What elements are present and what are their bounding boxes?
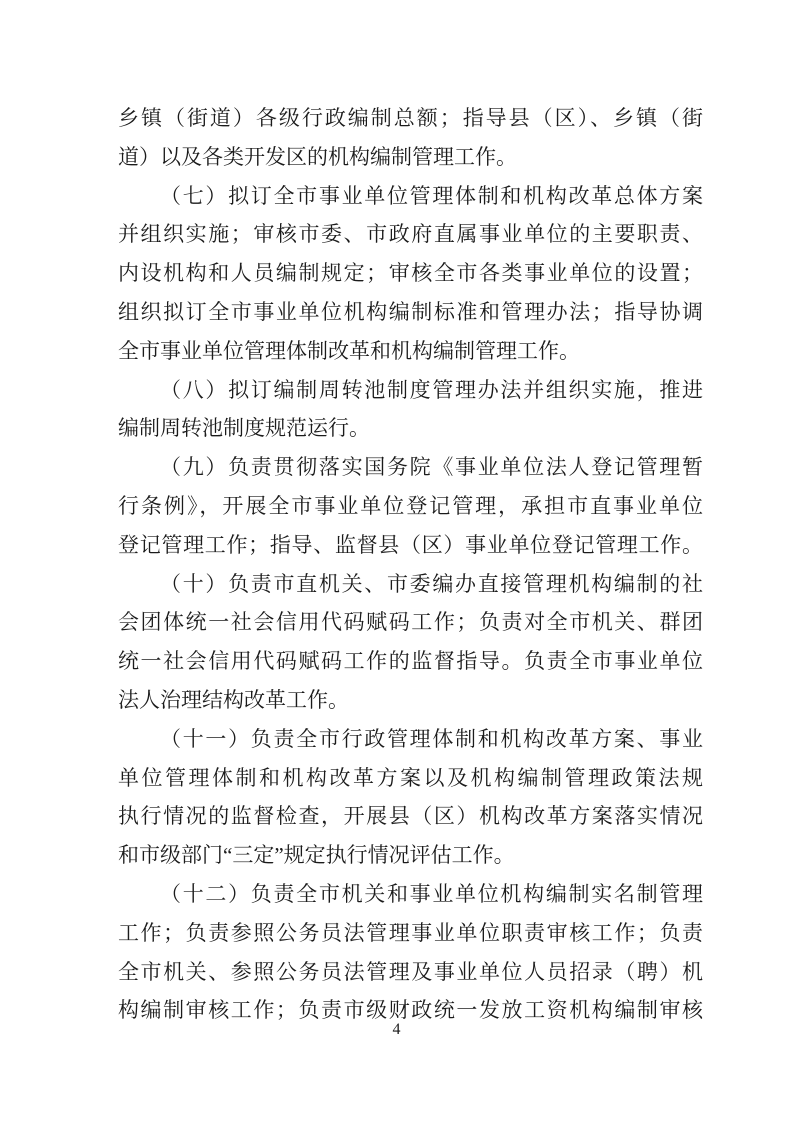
text-line: 执行情况的监督检查，开展县（区）机构改革方案落实情况 [118,797,703,836]
text-line: 统一社会信用代码赋码工作的监督指导。负责全市事业单位 [118,642,703,681]
text-line: （十）负责市直机关、市委编办直接管理机构编制的社 [118,565,703,604]
text-line: 行条例》，开展全市事业单位登记管理，承担市直事业单位 [118,487,703,526]
text-line: （九）负责贯彻落实国务院《事业单位法人登记管理暂 [118,448,703,487]
text-line: 全市事业单位管理体制改革和机构编制管理工作。 [118,332,703,371]
text-line: 和市级部门“三定”规定执行情况评估工作。 [118,836,703,875]
paragraph-item-9: （九）负责贯彻落实国务院《事业单位法人登记管理暂行条例》，开展全市事业单位登记管… [118,448,703,564]
text-line: （八）拟订编制周转池制度管理办法并组织实施，推进 [118,371,703,410]
text-line: 登记管理工作；指导、监督县（区）事业单位登记管理工作。 [118,526,703,565]
text-line: 工作；负责参照公务员法管理事业单位职责审核工作；负责 [118,914,703,953]
text-line: 编制周转池制度规范运行。 [118,409,703,448]
paragraph-continued-from-previous-page: 乡镇（街道）各级行政编制总额；指导县（区）、乡镇（街道）以及各类开发区的机构编制… [118,99,703,177]
text-line: 全市机关、参照公务员法管理及事业单位人员招录（聘）机 [118,953,703,992]
text-line: 并组织实施；审核市委、市政府直属事业单位的主要职责、 [118,215,703,254]
document-page: 乡镇（街道）各级行政编制总额；指导县（区）、乡镇（街道）以及各类开发区的机构编制… [0,0,793,1122]
text-line: 法人治理结构改革工作。 [118,681,703,720]
paragraph-item-12: （十二）负责全市机关和事业单位机构编制实名制管理工作；负责参照公务员法管理事业单… [118,875,703,1030]
page-number: 4 [0,1020,793,1040]
text-line: （十二）负责全市机关和事业单位机构编制实名制管理 [118,875,703,914]
text-line: 单位管理体制和机构改革方案以及机构编制管理政策法规 [118,759,703,798]
paragraph-item-10: （十）负责市直机关、市委编办直接管理机构编制的社会团体统一社会信用代码赋码工作；… [118,565,703,720]
text-line: 道）以及各类开发区的机构编制管理工作。 [118,138,703,177]
text-line: （十一）负责全市行政管理体制和机构改革方案、事业 [118,720,703,759]
paragraph-item-8: （八）拟订编制周转池制度管理办法并组织实施，推进编制周转池制度规范运行。 [118,371,703,449]
text-line: 会团体统一社会信用代码赋码工作；负责对全市机关、群团 [118,603,703,642]
paragraph-item-7: （七）拟订全市事业单位管理体制和机构改革总体方案并组织实施；审核市委、市政府直属… [118,177,703,371]
text-line: （七）拟订全市事业单位管理体制和机构改革总体方案 [118,177,703,216]
text-line: 乡镇（街道）各级行政编制总额；指导县（区）、乡镇（街 [118,99,703,138]
document-body: 乡镇（街道）各级行政编制总额；指导县（区）、乡镇（街道）以及各类开发区的机构编制… [118,99,703,1030]
text-line: 内设机构和人员编制规定；审核全市各类事业单位的设置； [118,254,703,293]
text-line: 组织拟订全市事业单位机构编制标准和管理办法；指导协调 [118,293,703,332]
paragraph-item-11: （十一）负责全市行政管理体制和机构改革方案、事业单位管理体制和机构改革方案以及机… [118,720,703,875]
